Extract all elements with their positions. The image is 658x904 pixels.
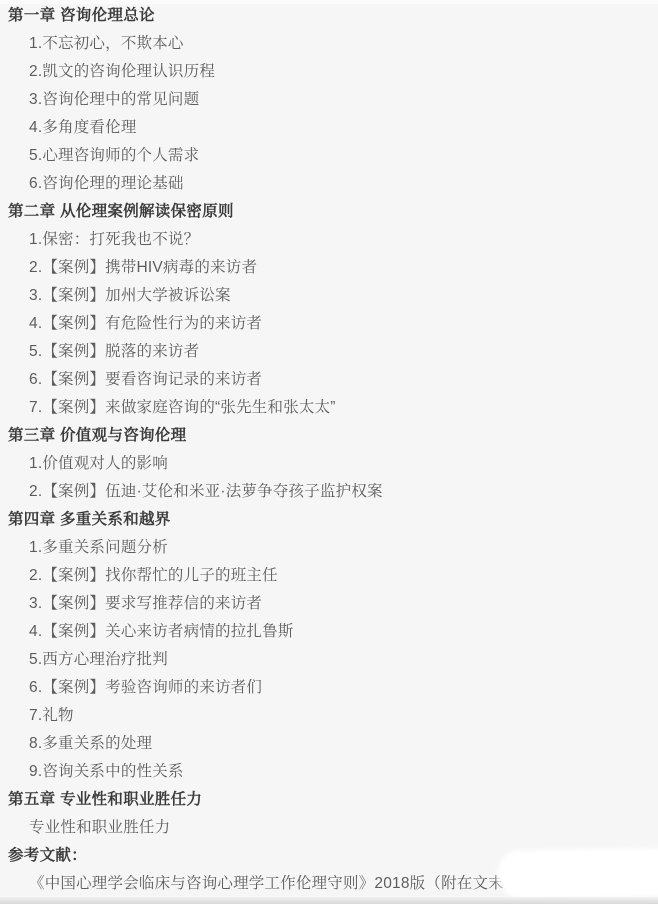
toc-item: 1.价值观对人的影响 (0, 450, 658, 478)
chapter-4-heading: 第四章 多重关系和越界 (0, 506, 658, 534)
chapter-1-heading: 第一章 咨询伦理总论 (0, 2, 658, 30)
toc-item: 3.【案例】要求写推荐信的来访者 (0, 590, 658, 618)
toc-item: 5.心理咨询师的个人需求 (0, 142, 658, 170)
toc-item: 6.咨询伦理的理论基础 (0, 170, 658, 198)
toc-item: 7.礼物 (0, 702, 658, 730)
redaction-blob (500, 851, 658, 896)
toc-item: 1.多重关系问题分析 (0, 534, 658, 562)
toc-item: 1.不忘初心，不欺本心 (0, 30, 658, 58)
toc-item: 3.咨询伦理中的常见问题 (0, 86, 658, 114)
toc-item: 4.【案例】关心来访者病情的拉扎鲁斯 (0, 618, 658, 646)
chapter-2-heading: 第二章 从伦理案例解读保密原则 (0, 198, 658, 226)
chapter-5-heading: 第五章 专业性和职业胜任力 (0, 786, 658, 814)
toc-item: 3.【案例】加州大学被诉讼案 (0, 282, 658, 310)
toc-item: 7.【案例】来做家庭咨询的“张先生和张太太” (0, 394, 658, 422)
toc-item: 1.保密：打死我也不说？ (0, 226, 658, 254)
toc-item: 2.【案例】伍迪·艾伦和米亚·法萝争夺孩子监护权案 (0, 478, 658, 506)
toc-item: 8.多重关系的处理 (0, 730, 658, 758)
toc-item: 2.【案例】找你帮忙的儿子的班主任 (0, 562, 658, 590)
toc-item: 6.【案例】要看咨询记录的来访者 (0, 366, 658, 394)
toc-item: 2.凯文的咨询伦理认识历程 (0, 58, 658, 86)
document-page: 第一章 咨询伦理总论 1.不忘初心，不欺本心 2.凯文的咨询伦理认识历程 3.咨… (0, 0, 658, 904)
toc-item: 5.西方心理治疗批判 (0, 646, 658, 674)
toc-item: 4.【案例】有危险性行为的来访者 (0, 310, 658, 338)
toc-item: 6.【案例】考验咨询师的来访者们 (0, 674, 658, 702)
chapter-3-heading: 第三章 价值观与咨询伦理 (0, 422, 658, 450)
toc-item: 5.【案例】脱落的来访者 (0, 338, 658, 366)
page-bottom-edge (0, 897, 658, 904)
toc-item: 4.多角度看伦理 (0, 114, 658, 142)
table-of-contents: 第一章 咨询伦理总论 1.不忘初心，不欺本心 2.凯文的咨询伦理认识历程 3.咨… (0, 2, 658, 898)
toc-item: 9.咨询关系中的性关系 (0, 758, 658, 786)
toc-item: 2.【案例】携带HIV病毒的来访者 (0, 254, 658, 282)
toc-item: 专业性和职业胜任力 (0, 814, 658, 842)
